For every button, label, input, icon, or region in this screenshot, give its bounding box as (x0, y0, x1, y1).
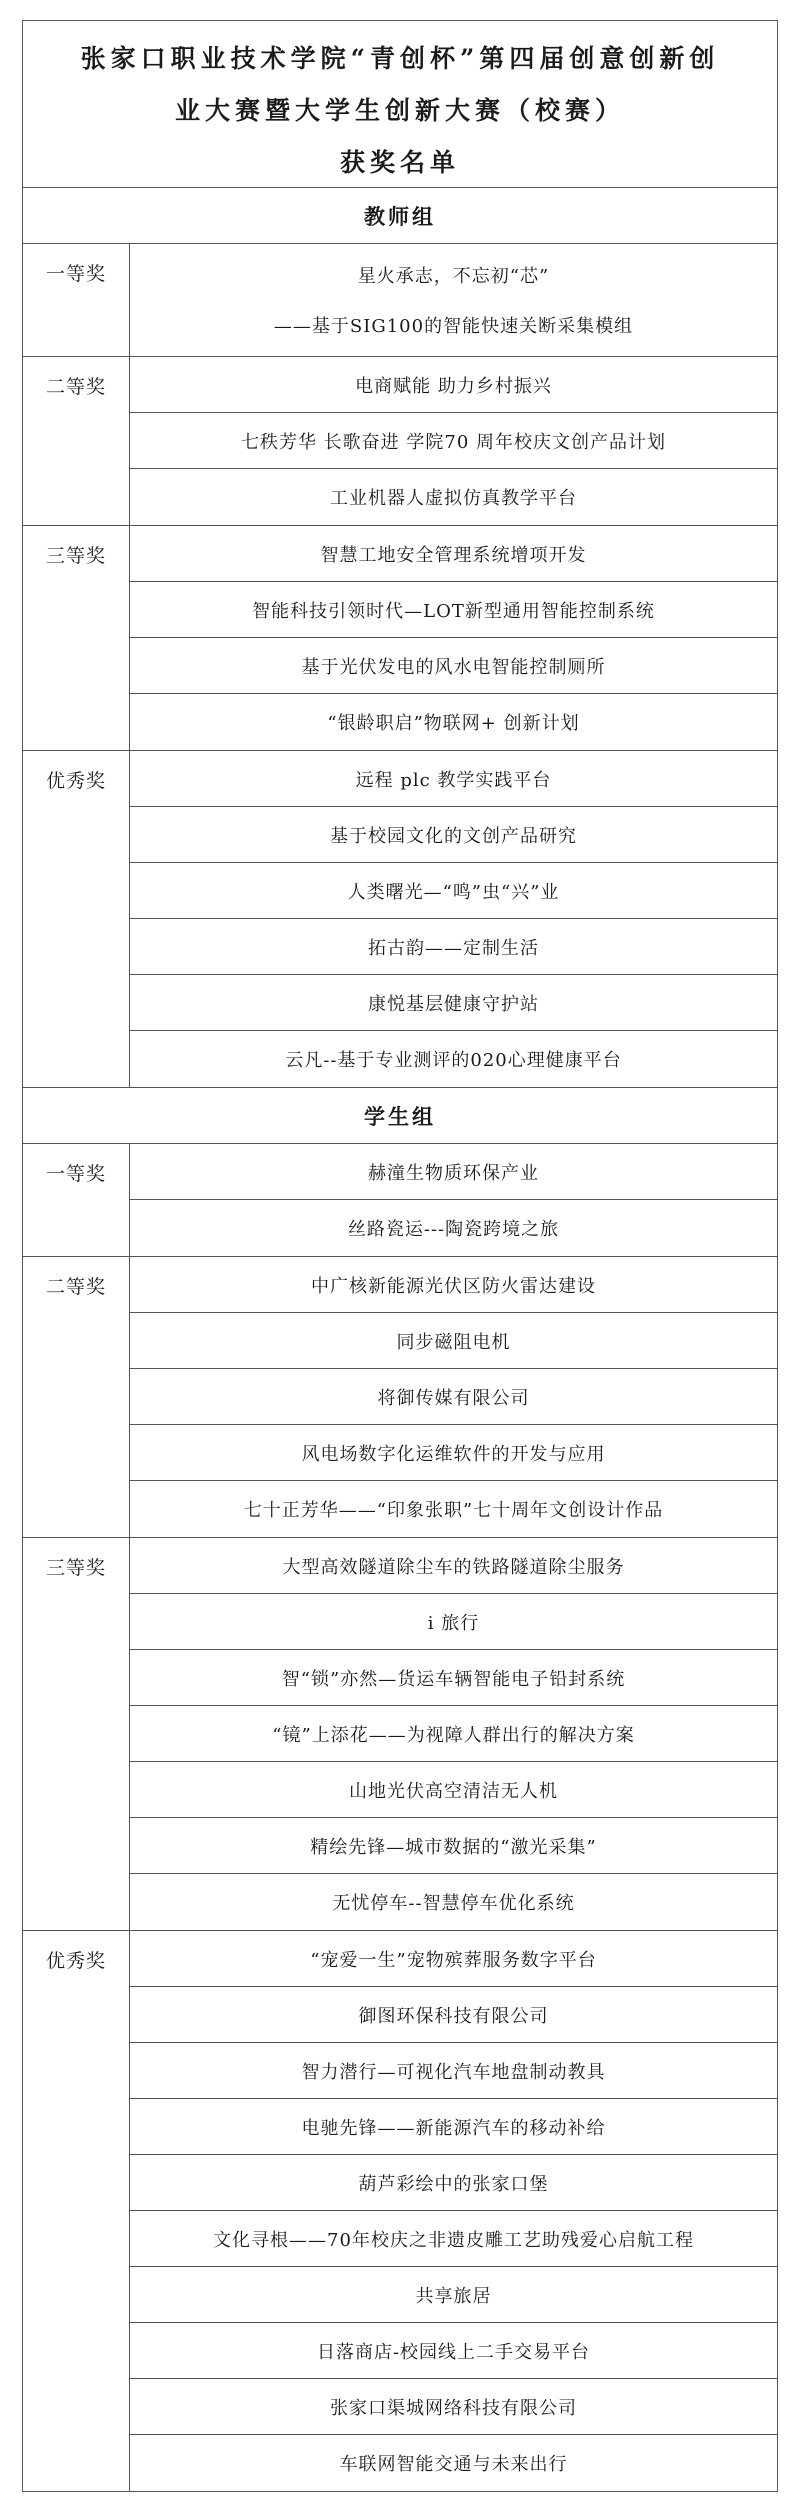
entries-list: 智慧工地安全管理系统增项开发智能科技引领时代—LOT新型通用智能控制系统基于光伏… (130, 526, 777, 750)
prize-label: 二等奖 (23, 357, 130, 525)
entry-item: i 旅行 (130, 1594, 777, 1650)
group-header: 教师组 (23, 188, 777, 244)
prize-label: 一等奖 (23, 1144, 130, 1256)
entries-list: 远程 plc 教学实践平台基于校园文化的文创产品研究人类曙光—“鸣”虫“兴”业拓… (130, 751, 777, 1087)
title-line-3: 获奖名单 (23, 137, 777, 189)
prize-section: 二等奖中广核新能源光伏区防火雷达建设同步磁阻电机将御传媒有限公司风电场数字化运维… (23, 1257, 777, 1538)
prize-section: 三等奖智慧工地安全管理系统增项开发智能科技引领时代—LOT新型通用智能控制系统基… (23, 526, 777, 751)
entry-item: 风电场数字化运维软件的开发与应用 (130, 1425, 777, 1481)
entry-item: 精绘先锋—城市数据的“激光采集” (130, 1818, 777, 1874)
prize-section: 优秀奖远程 plc 教学实践平台基于校园文化的文创产品研究人类曙光—“鸣”虫“兴… (23, 751, 777, 1088)
prize-section: 二等奖电商赋能 助力乡村振兴七秩芳华 长歌奋进 学院70 周年校庆文创产品计划工… (23, 357, 777, 526)
prize-section: 三等奖大型高效隧道除尘车的铁路隧道除尘服务i 旅行智“锁”亦然—货运车辆智能电子… (23, 1538, 777, 1931)
entry-item: 无忧停车--智慧停车优化系统 (130, 1874, 777, 1930)
entry-item: 车联网智能交通与未来出行 (130, 2435, 777, 2491)
prize-section: 一等奖星火承志，不忘初“芯”——基于SIG100的智能快速关断采集模组 (23, 244, 777, 357)
entry-item: 文化寻根——70年校庆之非遗皮雕工艺助残爱心启航工程 (130, 2211, 777, 2267)
prize-section: 优秀奖“宠爱一生”宠物殡葬服务数字平台御图环保科技有限公司智力潜行—可视化汽车地… (23, 1931, 777, 2491)
title-line-2: 业大赛暨大学生创新大赛（校赛） (23, 85, 777, 137)
entry-item: 智“锁”亦然—货运车辆智能电子铅封系统 (130, 1650, 777, 1706)
entry-line: 星火承志，不忘初“芯” (358, 262, 549, 288)
entry-item: 智慧工地安全管理系统增项开发 (130, 526, 777, 582)
title-block: 张家口职业技术学院“青创杯”第四届创意创新创 业大赛暨大学生创新大赛（校赛） 获… (23, 21, 777, 188)
entry-item: “宠爱一生”宠物殡葬服务数字平台 (130, 1931, 777, 1987)
entry-item: 御图环保科技有限公司 (130, 1987, 777, 2043)
entry-item: “镜”上添花——为视障人群出行的解决方案 (130, 1706, 777, 1762)
prize-label: 二等奖 (23, 1257, 130, 1537)
prize-label: 三等奖 (23, 526, 130, 750)
entry-item: 山地光伏高空清洁无人机 (130, 1762, 777, 1818)
entry-item: 人类曙光—“鸣”虫“兴”业 (130, 863, 777, 919)
entry-item: 拓古韵——定制生活 (130, 919, 777, 975)
entry-item: 基于光伏发电的风水电智能控制厕所 (130, 638, 777, 694)
entry-item: 七十正芳华——“印象张职”七十周年文创设计作品 (130, 1481, 777, 1537)
entries-list: 赫潼生物质环保产业丝路瓷运---陶瓷跨境之旅 (130, 1144, 777, 1256)
entry-item: 工业机器人虚拟仿真教学平台 (130, 469, 777, 525)
entries-list: 中广核新能源光伏区防火雷达建设同步磁阻电机将御传媒有限公司风电场数字化运维软件的… (130, 1257, 777, 1537)
entries-list: 星火承志，不忘初“芯”——基于SIG100的智能快速关断采集模组 (130, 244, 777, 356)
entries-list: “宠爱一生”宠物殡葬服务数字平台御图环保科技有限公司智力潜行—可视化汽车地盘制动… (130, 1931, 777, 2491)
prize-label: 三等奖 (23, 1538, 130, 1930)
entry-item: 葫芦彩绘中的张家口堡 (130, 2155, 777, 2211)
award-list-table: 张家口职业技术学院“青创杯”第四届创意创新创 业大赛暨大学生创新大赛（校赛） 获… (22, 20, 778, 2492)
entry-item: 电驰先锋——新能源汽车的移动补给 (130, 2099, 777, 2155)
entry-item: 基于校园文化的文创产品研究 (130, 807, 777, 863)
entry-line: ——基于SIG100的智能快速关断采集模组 (274, 312, 633, 338)
entry-item: 中广核新能源光伏区防火雷达建设 (130, 1257, 777, 1313)
entry-item: 将御传媒有限公司 (130, 1369, 777, 1425)
prize-label: 优秀奖 (23, 751, 130, 1087)
entries-list: 大型高效隧道除尘车的铁路隧道除尘服务i 旅行智“锁”亦然—货运车辆智能电子铅封系… (130, 1538, 777, 1930)
entry-item: 张家口渠城网络科技有限公司 (130, 2379, 777, 2435)
entry-item: 同步磁阻电机 (130, 1313, 777, 1369)
entry-item: 电商赋能 助力乡村振兴 (130, 357, 777, 413)
entry-item: 七秩芳华 长歌奋进 学院70 周年校庆文创产品计划 (130, 413, 777, 469)
entry-item: 康悦基层健康守护站 (130, 975, 777, 1031)
prize-label: 优秀奖 (23, 1931, 130, 2491)
entry-item: 星火承志，不忘初“芯”——基于SIG100的智能快速关断采集模组 (130, 244, 777, 356)
entry-item: 赫潼生物质环保产业 (130, 1144, 777, 1200)
entry-item: 日落商店-校园线上二手交易平台 (130, 2323, 777, 2379)
entry-item: “银龄职启”物联网+ 创新计划 (130, 694, 777, 750)
entry-item: 云凡--基于专业测评的020心理健康平台 (130, 1031, 777, 1087)
title-line-1: 张家口职业技术学院“青创杯”第四届创意创新创 (23, 33, 777, 85)
entry-item: 共享旅居 (130, 2267, 777, 2323)
groups-container: 教师组一等奖星火承志，不忘初“芯”——基于SIG100的智能快速关断采集模组二等… (23, 188, 777, 2491)
prize-label: 一等奖 (23, 244, 130, 356)
entry-item: 智力潜行—可视化汽车地盘制动教具 (130, 2043, 777, 2099)
entry-item: 远程 plc 教学实践平台 (130, 751, 777, 807)
entries-list: 电商赋能 助力乡村振兴七秩芳华 长歌奋进 学院70 周年校庆文创产品计划工业机器… (130, 357, 777, 525)
prize-section: 一等奖赫潼生物质环保产业丝路瓷运---陶瓷跨境之旅 (23, 1144, 777, 1257)
entry-item: 智能科技引领时代—LOT新型通用智能控制系统 (130, 582, 777, 638)
entry-item: 大型高效隧道除尘车的铁路隧道除尘服务 (130, 1538, 777, 1594)
entry-item: 丝路瓷运---陶瓷跨境之旅 (130, 1200, 777, 1256)
group-header: 学生组 (23, 1088, 777, 1144)
